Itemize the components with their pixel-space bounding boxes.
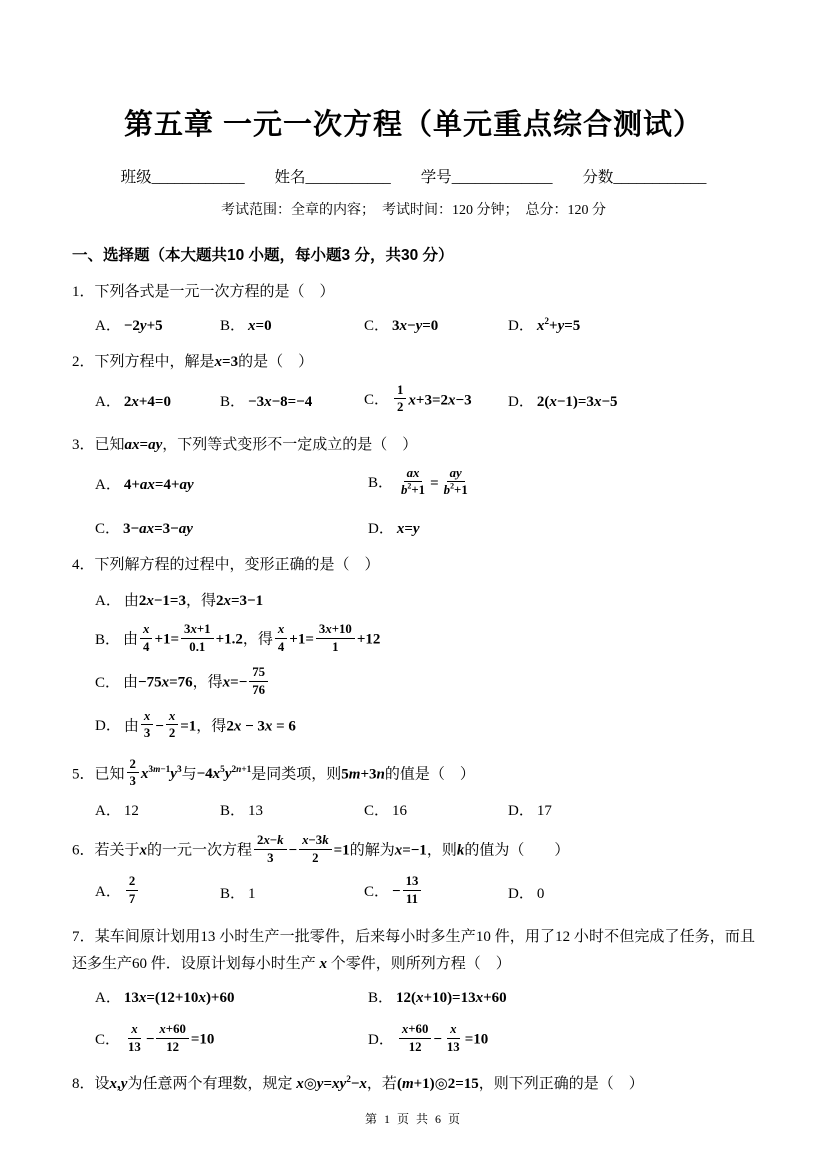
question-stem: 6．若关于x的一元一次方程2x−k3−x−3k2=1的解为x=−1，则k的值为（… <box>72 834 755 868</box>
option-label: D． <box>368 1032 394 1048</box>
math-expression: =10 <box>465 1032 489 1048</box>
math-expression: +1= <box>154 632 179 648</box>
question-stem: 8．设x,y为任意两个有理数，规定 x◎y=xy2−x，若(m+1)◎2=15，… <box>72 1071 755 1099</box>
fraction: 1311 <box>403 873 422 907</box>
option-label: A． <box>95 477 121 493</box>
option-C: C．由−75x=76，得x=−7576 <box>72 666 755 700</box>
math-expression: 5m+3n <box>341 766 385 782</box>
fraction: 3x+10.1 <box>181 621 214 655</box>
fraction-denominator: b2+1 <box>398 482 428 499</box>
question-2: 2．下列方程中，解是x=3的是（ ）A．2x+4=0B．−3x−8=−4C．12… <box>72 349 755 418</box>
math-expression: − <box>289 843 298 859</box>
fraction-denominator: 2 <box>394 399 406 416</box>
math-expression: −75x=76 <box>138 675 193 691</box>
option-B: B．12(x+10)=13x+60 <box>368 986 755 1007</box>
question-stem: 1．下列各式是一元一次方程的是（ ） <box>72 279 755 307</box>
math-expression: x,y <box>110 1076 128 1092</box>
option-label: D． <box>508 886 534 902</box>
fraction: x2 <box>166 708 178 742</box>
option-label: A． <box>95 990 121 1006</box>
question-stem: 4．下列解方程的过程中，变形正确的是（ ） <box>72 552 755 580</box>
stem-text: 的是（ ） <box>238 354 313 370</box>
question-1: 1．下列各式是一元一次方程的是（ ）A．−2y+5B．x=0C．3x−y=0D．… <box>72 279 755 335</box>
math-expression: 2x−1=3 <box>139 593 186 609</box>
fraction: 12 <box>394 382 406 416</box>
option-label: D． <box>508 394 534 410</box>
fraction: 7576 <box>249 664 268 698</box>
option-label: D． <box>508 803 534 819</box>
option-label: A． <box>95 803 121 819</box>
stem-text: 为任意两个有理数，规定 <box>127 1076 296 1092</box>
option-label: C． <box>364 803 389 819</box>
fraction-numerator: x <box>275 621 287 639</box>
stem-text: 12 <box>124 803 139 819</box>
fraction-denominator: 3 <box>141 725 153 742</box>
option-D: D．0 <box>508 882 755 903</box>
option-C: C．12x+3=2x−3 <box>364 384 508 418</box>
stem-text: 0 <box>537 886 545 902</box>
math-expression: x3m−1y3 <box>141 766 182 782</box>
fraction-numerator: 1 <box>394 382 406 400</box>
stem-text: 的值是（ ） <box>385 766 475 782</box>
question-options: A．13x=(12+10x)+60B．12(x+10)=13x+60C．x13−… <box>72 986 755 1057</box>
option-label: B． <box>368 475 393 491</box>
option-label: C． <box>364 884 389 900</box>
math-expression: = <box>430 475 439 491</box>
page-content: 第五章 一元一次方程（单元重点综合测试） 班级____________ 姓名__… <box>0 0 827 1099</box>
fraction-denominator: 13 <box>125 1039 144 1056</box>
stem-text: 1．下列各式是一元一次方程的是（ ） <box>72 284 335 300</box>
stem-text: ，得 <box>243 632 273 648</box>
section-heading: 一、选择题（本大题共10 小题，每小题3 分，共30 分） <box>72 243 755 265</box>
math-expression: − <box>392 884 401 900</box>
stem-text: 由 <box>124 718 139 734</box>
fraction-numerator: 3x+1 <box>181 621 214 639</box>
option-D: D．由x3−x2=1，得2x − 3x = 6 <box>72 710 755 744</box>
option-label: B． <box>220 886 245 902</box>
option-label: C． <box>95 1032 120 1048</box>
option-label: D． <box>508 318 534 334</box>
question-3: 3．已知ax=ay，下列等式变形不一定成立的是（ ）A．4+ax=4+ayB．a… <box>72 432 755 538</box>
option-label: C． <box>95 675 120 691</box>
math-expression: − <box>146 1032 155 1048</box>
math-expression: (m+1)◎2=15 <box>397 1076 479 1092</box>
fraction-denominator: 13 <box>444 1039 463 1056</box>
stem-text: 2．下列方程中，解是 <box>72 354 215 370</box>
stem-text: 3．已知 <box>72 437 125 453</box>
question-options: A．由2x−1=3，得2x=3−1B．由x4+1=3x+10.1+1.2，得x4… <box>72 589 755 744</box>
option-D: D．2(x−1)=3x−5 <box>508 390 755 411</box>
option-C: C．3x−y=0 <box>364 314 508 335</box>
stem-text: ，若 <box>367 1076 397 1092</box>
stem-text: 的解为 <box>350 843 395 859</box>
option-C: C．16 <box>364 799 508 820</box>
fraction-denominator: 12 <box>163 1039 182 1056</box>
question-options: A．12B．13C．16D．17 <box>72 799 755 820</box>
stem-text: 与 <box>182 766 197 782</box>
fraction-denominator: 0.1 <box>186 639 208 656</box>
fraction-denominator: 12 <box>406 1039 425 1056</box>
fraction: 2x−k3 <box>254 832 287 866</box>
math-expression: x=3 <box>215 354 239 370</box>
option-D: D．x+6012−x13=10 <box>368 1023 755 1057</box>
option-label: B． <box>368 990 393 1006</box>
fraction: x+6012 <box>399 1021 432 1055</box>
stem-text: 17 <box>537 803 552 819</box>
fraction: x−3k2 <box>299 832 332 866</box>
math-expression: +12 <box>357 632 381 648</box>
fraction-numerator: ax <box>404 465 423 483</box>
question-4: 4．下列解方程的过程中，变形正确的是（ ）A．由2x−1=3，得2x=3−1B．… <box>72 552 755 744</box>
exam-meta: 考试范围：全章的内容； 考试时间：120 分钟； 总分：120 分 <box>72 199 755 219</box>
fraction-numerator: x <box>447 1021 459 1039</box>
math-expression: +1.2 <box>216 632 243 648</box>
stem-text: 8．设 <box>72 1076 110 1092</box>
fraction-numerator: 2x−k <box>254 832 287 850</box>
option-B: B．1 <box>220 882 364 903</box>
question-options: A．−2y+5B．x=0C．3x−y=0D．x2+y=5 <box>72 314 755 335</box>
question-stem: 2．下列方程中，解是x=3的是（ ） <box>72 349 755 377</box>
math-expression: 4+ax=4+ay <box>124 477 194 493</box>
math-expression: x+3=2x−3 <box>408 392 471 408</box>
fraction-denominator: 3 <box>127 773 139 790</box>
math-expression: +1= <box>289 632 314 648</box>
fraction-numerator: 13 <box>403 873 422 891</box>
fraction-numerator: ay <box>447 465 465 483</box>
student-id-blank-field: 学号_____________ <box>421 169 553 186</box>
fraction-numerator: x−3k <box>299 832 332 850</box>
fraction: x13 <box>444 1021 463 1055</box>
option-label: D． <box>95 718 121 734</box>
fraction-denominator: 4 <box>275 639 287 656</box>
option-A: A．12 <box>95 799 220 820</box>
stem-text: 的值为（ ） <box>464 843 569 859</box>
math-expression: x=−1 <box>395 843 427 859</box>
option-B: B．由x4+1=3x+10.1+1.2，得x4+1=3x+101+12 <box>72 623 755 657</box>
option-C: C．3−ax=3−ay <box>95 517 368 538</box>
stem-text: 16 <box>392 803 407 819</box>
question-options: A．4+ax=4+ayB．axb2+1=ayb2+1C．3−ax=3−ayD．x… <box>72 467 755 538</box>
math-expression: −2y+5 <box>124 318 163 334</box>
question-stem: 3．已知ax=ay，下列等式变形不一定成立的是（ ） <box>72 432 755 460</box>
stem-text: ，得 <box>186 593 216 609</box>
option-label: A． <box>95 884 121 900</box>
option-B: B．x=0 <box>220 314 364 335</box>
math-expression: 12(x+10)=13x+60 <box>396 990 507 1006</box>
fraction: axb2+1 <box>398 465 428 499</box>
option-label: A． <box>95 394 121 410</box>
fraction-numerator: x <box>166 708 178 726</box>
question-6: 6．若关于x的一元一次方程2x−k3−x−3k2=1的解为x=−1，则k的值为（… <box>72 834 755 910</box>
option-A: A．由2x−1=3，得2x=3−1 <box>72 589 755 615</box>
fraction: x4 <box>140 621 152 655</box>
fraction-denominator: b2+1 <box>441 482 471 499</box>
math-expression: 2x+4=0 <box>124 394 171 410</box>
stem-text: 1 <box>248 886 256 902</box>
option-A: A．13x=(12+10x)+60 <box>95 986 368 1007</box>
math-expression: 3−ax=3−ay <box>123 521 193 537</box>
fraction-numerator: x <box>128 1021 140 1039</box>
class-blank-field: 班级____________ <box>121 169 245 186</box>
page-title: 第五章 一元一次方程（单元重点综合测试） <box>72 0 755 143</box>
fraction-numerator: x+60 <box>156 1021 189 1039</box>
option-label: C． <box>95 521 120 537</box>
fraction-denominator: 11 <box>403 891 421 908</box>
option-D: D．x2+y=5 <box>508 314 755 335</box>
score-blank-field: 分数____________ <box>582 169 706 186</box>
math-expression: x=− <box>223 675 248 691</box>
option-A: A．27 <box>95 875 220 909</box>
option-B: B．axb2+1=ayb2+1 <box>368 467 755 501</box>
option-label: C． <box>364 392 389 408</box>
fraction-numerator: 3x+10 <box>316 621 355 639</box>
stem-text: ，得 <box>193 675 223 691</box>
question-stem: 7．某车间原计划用13 小时生产一批零件，后来每小时多生产10 件，用了12 小… <box>72 924 755 980</box>
question-stem: 5．已知23x3m−1y3与−4x5y2n+1是同类项，则5m+3n的值是（ ） <box>72 758 755 792</box>
math-expression: 2x − 3x = 6 <box>226 718 296 734</box>
math-expression: 13x=(12+10x)+60 <box>124 990 235 1006</box>
fraction-denominator: 1 <box>329 639 341 656</box>
math-expression: ax=ay <box>125 437 163 453</box>
stem-text: 由 <box>124 593 139 609</box>
exam-page: 第五章 一元一次方程（单元重点综合测试） 班级____________ 姓名__… <box>0 0 827 1169</box>
math-expression: 3x−y=0 <box>392 318 438 334</box>
fraction-denominator: 7 <box>126 891 138 908</box>
fraction-denominator: 76 <box>249 682 268 699</box>
fraction-numerator: x+60 <box>399 1021 432 1039</box>
stem-text: 由 <box>123 675 138 691</box>
math-expression: x=y <box>397 521 420 537</box>
question-5: 5．已知23x3m−1y3与−4x5y2n+1是同类项，则5m+3n的值是（ ）… <box>72 758 755 820</box>
fraction-numerator: x <box>141 708 153 726</box>
fraction: x3 <box>141 708 153 742</box>
stem-text: 5．已知 <box>72 766 125 782</box>
fraction: 27 <box>126 873 138 907</box>
fraction-numerator: x <box>140 621 152 639</box>
option-label: B． <box>220 318 245 334</box>
stem-text: 13 <box>248 803 263 819</box>
option-label: A． <box>95 318 121 334</box>
name-blank-field: 姓名___________ <box>275 169 391 186</box>
math-expression: =1 <box>334 843 350 859</box>
stem-text: 个零件，则所列方程（ ） <box>327 956 511 972</box>
option-B: B．13 <box>220 799 364 820</box>
option-label: B． <box>220 394 245 410</box>
option-label: B． <box>95 632 120 648</box>
stem-text: 6．若关于 <box>72 843 140 859</box>
option-C: C．x13−x+6012=10 <box>95 1023 368 1057</box>
fraction-denominator: 4 <box>140 639 152 656</box>
fraction: x13 <box>125 1021 144 1055</box>
math-expression: x <box>320 956 328 972</box>
math-expression: −4x5y2n+1 <box>197 766 252 782</box>
option-label: C． <box>364 318 389 334</box>
fraction-denominator: 2 <box>309 850 321 867</box>
math-expression: −3x−8=−4 <box>248 394 312 410</box>
option-C: C．−1311 <box>364 875 508 909</box>
math-expression: − <box>155 718 164 734</box>
stem-text: 由 <box>123 632 138 648</box>
fraction: 3x+101 <box>316 621 355 655</box>
fraction-numerator: 2 <box>126 873 138 891</box>
fraction-denominator: 3 <box>264 850 276 867</box>
stem-text: ，则下列正确的是（ ） <box>479 1076 644 1092</box>
question-list: 1．下列各式是一元一次方程的是（ ）A．−2y+5B．x=0C．3x−y=0D．… <box>72 279 755 1099</box>
stem-text: ，下列等式变形不一定成立的是（ ） <box>162 437 417 453</box>
fraction-numerator: 2 <box>127 756 139 774</box>
fraction: x4 <box>275 621 287 655</box>
fraction-numerator: 75 <box>249 664 268 682</box>
option-label: A． <box>95 593 121 609</box>
question-options: A．27B．1C．−1311D．0 <box>72 875 755 909</box>
page-footer: 第 1 页 共 6 页 <box>0 1110 827 1127</box>
math-expression: 2x=3−1 <box>216 593 263 609</box>
option-D: D．17 <box>508 799 755 820</box>
question-options: A．2x+4=0B．−3x−8=−4C．12x+3=2x−3D．2(x−1)=3… <box>72 384 755 418</box>
math-expression: x◎y=xy2−x <box>296 1076 367 1092</box>
stem-text: 是同类项，则 <box>251 766 341 782</box>
math-expression: =10 <box>191 1032 215 1048</box>
question-7: 7．某车间原计划用13 小时生产一批零件，后来每小时多生产10 件，用了12 小… <box>72 924 755 1058</box>
fraction-denominator: 2 <box>166 725 178 742</box>
question-8: 8．设x,y为任意两个有理数，规定 x◎y=xy2−x，若(m+1)◎2=15，… <box>72 1071 755 1099</box>
math-expression: x <box>140 843 148 859</box>
option-B: B．−3x−8=−4 <box>220 390 364 411</box>
fraction: 23 <box>127 756 139 790</box>
math-expression: x2+y=5 <box>537 318 580 334</box>
math-expression: =1 <box>180 718 196 734</box>
student-info-line: 班级____________ 姓名___________ 学号_________… <box>72 165 755 187</box>
option-label: B． <box>220 803 245 819</box>
stem-text: ，得 <box>196 718 226 734</box>
fraction: ayb2+1 <box>441 465 471 499</box>
math-expression: − <box>433 1032 442 1048</box>
option-A: A．2x+4=0 <box>95 390 220 411</box>
option-label: D． <box>368 521 394 537</box>
option-A: A．−2y+5 <box>95 314 220 335</box>
option-D: D．x=y <box>368 517 755 538</box>
option-A: A．4+ax=4+ay <box>95 473 368 494</box>
math-expression: 2(x−1)=3x−5 <box>537 394 618 410</box>
stem-text: 4．下列解方程的过程中，变形正确的是（ ） <box>72 557 380 573</box>
stem-text: ，则 <box>427 843 457 859</box>
fraction: x+6012 <box>156 1021 189 1055</box>
stem-text: 的一元一次方程 <box>147 843 252 859</box>
math-expression: x=0 <box>248 318 272 334</box>
